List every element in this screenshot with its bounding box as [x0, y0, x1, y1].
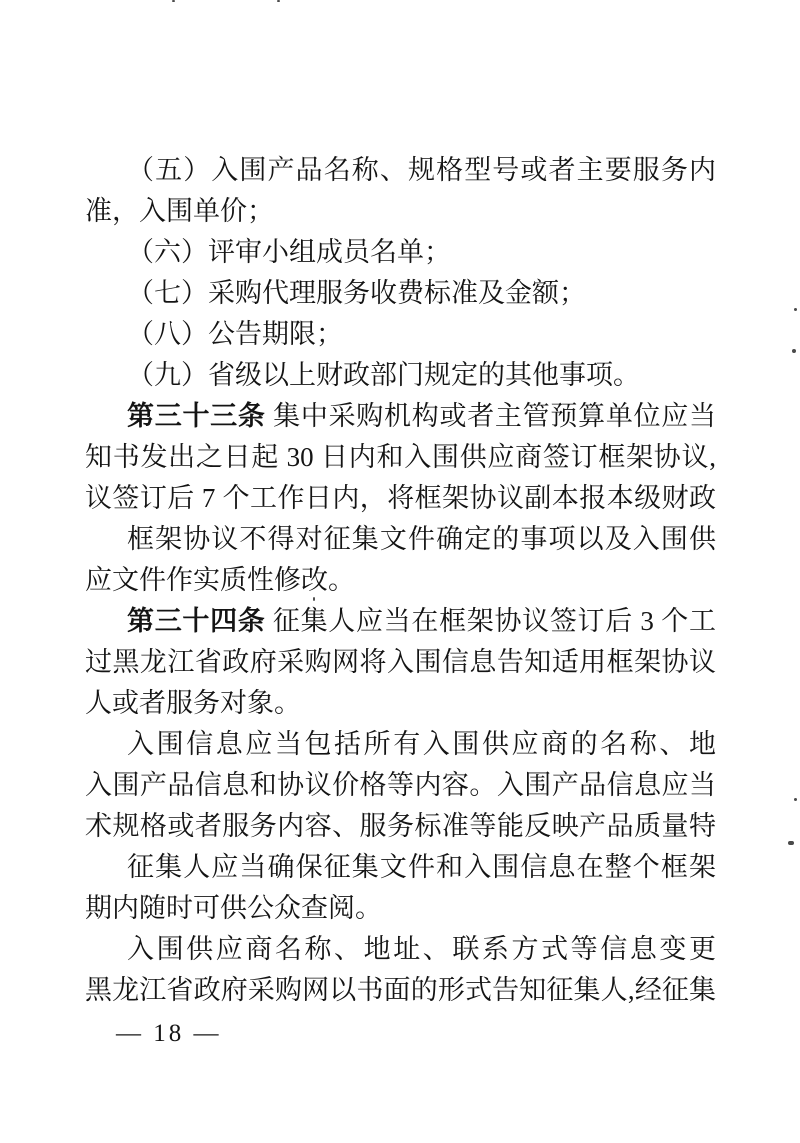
scan-speck — [313, 597, 315, 601]
doc-line: 术规格或者服务内容、服务标准等能反映产品质量特点的内容。 — [85, 806, 716, 847]
doc-line: 应文件作实质性修改。 — [85, 560, 716, 601]
scan-speck — [794, 308, 797, 311]
doc-line: 入围产品信息和协议价格等内容。入围产品信息应当详细列明技 — [85, 765, 716, 806]
doc-line: 期内随时可供公众查阅。 — [85, 888, 716, 929]
doc-line: 准，入围单价； — [85, 191, 716, 232]
doc-line: （八）公告期限； — [85, 314, 716, 355]
article-33-number: 第三十三条 — [127, 401, 266, 431]
scan-speck — [792, 349, 796, 353]
doc-line: 黑龙江省政府采购网以书面的形式告知征集人,经征集人审核后， — [85, 970, 716, 1011]
doc-line: 过黑龙江省政府采购网将入围信息告知适用框架协议的所有采购 — [85, 642, 716, 683]
scanned-document-page: （五）入围产品名称、规格型号或者主要服务内容及服务标 准，入围单价； （六）评审… — [0, 0, 800, 1143]
doc-line: 议签订后 7 个工作日内，将框架协议副本报本级财政部门备案。 — [85, 478, 716, 519]
doc-line: （七）采购代理服务收费标准及金额； — [85, 273, 716, 314]
doc-line: 入围信息应当包括所有入围供应商的名称、地址、联系方式、 — [85, 724, 716, 765]
scan-speck — [788, 841, 794, 845]
doc-line: （九）省级以上财政部门规定的其他事项。 — [85, 355, 716, 396]
page-number: — 18 — — [116, 1019, 222, 1049]
doc-line: 框架协议不得对征集文件确定的事项以及入围供应商的响 — [85, 519, 716, 560]
doc-line-article-34: 第三十四条 征集人应当在框架协议签订后 3 个工作日内通 — [85, 601, 716, 642]
doc-line-article-33: 第三十三条 集中采购机构或者主管预算单位应当在入围通 — [85, 396, 716, 437]
doc-line: （六）评审小组成员名单； — [85, 232, 716, 273]
doc-line: 人或者服务对象。 — [85, 683, 716, 724]
doc-line: （五）入围产品名称、规格型号或者主要服务内容及服务标 — [85, 150, 716, 191]
doc-line: 入围供应商名称、地址、联系方式等信息变更的，应当通过 — [85, 929, 716, 970]
document-body: （五）入围产品名称、规格型号或者主要服务内容及服务标 准，入围单价； （六）评审… — [85, 150, 716, 1011]
scan-speck — [172, 0, 175, 2]
scan-speck — [277, 0, 280, 2]
doc-line: 知书发出之日起 30 日内和入围供应商签订框架协议,并在框架协 — [85, 437, 716, 478]
article-34-number: 第三十四条 — [127, 606, 265, 636]
scan-speck — [794, 798, 797, 801]
doc-line: 征集人应当确保征集文件和入围信息在整个框架协议有效 — [85, 847, 716, 888]
